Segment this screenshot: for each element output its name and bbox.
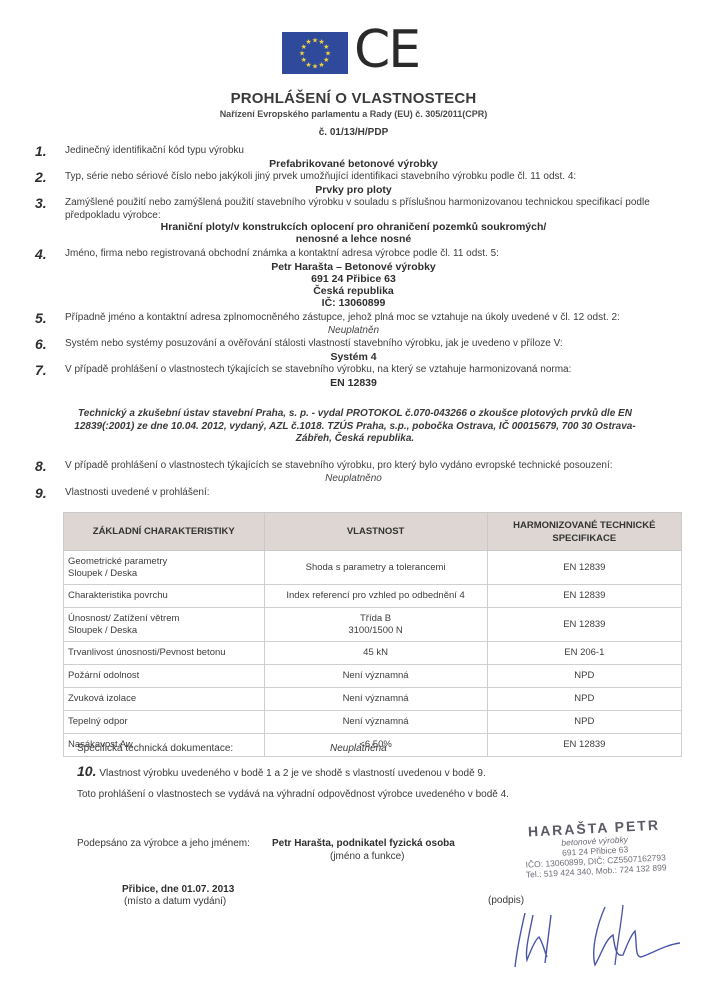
item-6-value: Systém 4	[0, 351, 707, 363]
item-number: 3.	[35, 195, 47, 211]
cell-spec: EN 12839	[487, 551, 681, 585]
item-text: V případě prohlášení o vlastnostech týka…	[65, 364, 625, 377]
table-row: Zvuková izolaceNení významnáNPD	[64, 688, 682, 711]
ce-mark-icon: CE	[354, 20, 419, 80]
table-row: Únosnost/ Zatížení větrem Sloupek / Desk…	[64, 608, 682, 642]
signatory-name: Petr Harašta, podnikatel fyzická osoba	[272, 838, 455, 849]
header-characteristics: ZÁKLADNÍ CHARAKTERISTIKY	[64, 513, 265, 551]
svg-text:★: ★	[318, 61, 324, 69]
svg-text:★: ★	[312, 37, 318, 45]
eu-flag-icon: ★★★★★★★★★★★★	[282, 32, 348, 74]
item-7-value: EN 12839	[0, 377, 707, 389]
item-text: Zamýšlené použití nebo zamýšlená použití…	[65, 197, 665, 222]
item-1-value: Prefabrikované betonové výrobky	[0, 158, 707, 170]
header-property: VLASTNOST	[264, 513, 487, 551]
cell-spec: EN 12839	[487, 608, 681, 642]
item-text: Vlastnost výrobku uvedeného v bodě 1 a 2…	[99, 768, 485, 779]
item-number: 5.	[35, 310, 47, 326]
table-header-row: ZÁKLADNÍ CHARAKTERISTIKY VLASTNOST HARMO…	[64, 513, 682, 551]
properties-table: ZÁKLADNÍ CHARAKTERISTIKY VLASTNOST HARMO…	[63, 512, 682, 757]
cell-characteristic: Geometrické parametry Sloupek / Deska	[64, 551, 265, 585]
item-text: Jméno, firma nebo registrovaná obchodní …	[65, 248, 665, 261]
cell-property: Shoda s parametry a tolerancemi	[264, 551, 487, 585]
item-number: 1.	[35, 143, 47, 159]
table-row: Tepelný odporNení významnáNPD	[64, 711, 682, 734]
cell-property: Třída B 3100/1500 N	[264, 608, 487, 642]
handwritten-signature	[505, 895, 705, 975]
item-8-value: Neuplatněno	[0, 473, 707, 484]
cell-characteristic: Tepelný odpor	[64, 711, 265, 734]
table-row: Geometrické parametry Sloupek / DeskaSho…	[64, 551, 682, 585]
manufacturer-address: 691 24 Přibice 63	[0, 273, 707, 285]
item-3-value-line-2: nenosné a lehce nosné	[0, 233, 707, 245]
header-specifications: HARMONIZOVANÉ TECHNICKÉ SPECIFIKACE	[487, 513, 681, 551]
svg-text:★: ★	[305, 38, 311, 46]
cell-characteristic: Trvanlivost únosnosti/Pevnost betonu	[64, 642, 265, 665]
item-text: Vlastnosti uvedené v prohlášení:	[65, 487, 665, 500]
document-number: č. 01/13/H/PDP	[0, 127, 707, 138]
item-number: 2.	[35, 169, 47, 185]
item-number: 6.	[35, 336, 47, 352]
signed-label: Podepsáno za výrobce a jeho jménem:	[77, 838, 250, 849]
manufacturer-ico: IČ: 13060899	[0, 297, 707, 309]
item-3-value-line-1: Hraniční ploty/v konstrukcích oplocení p…	[0, 221, 707, 233]
regulation-subtitle: Nařízení Evropského parlamentu a Rady (E…	[0, 109, 707, 119]
specific-doc-value: Neuplatněna	[330, 743, 387, 754]
table-row: Charakteristika povrchuIndex referencí p…	[64, 585, 682, 608]
item-10: 10. Vlastnost výrobku uvedeného v bodě 1…	[77, 763, 697, 779]
item-text: Typ, série nebo sériové číslo nebo jakýk…	[65, 171, 625, 184]
manufacturer-name: Petr Harašta – Betonové výrobky	[0, 261, 707, 273]
company-stamp: HARAŠTA PETR betonové výrobky 691 24 Při…	[489, 815, 702, 882]
page-title: PROHLÁŠENÍ O VLASTNOSTECH	[0, 90, 707, 107]
item-text: Případně jméno a kontaktní adresa zplnom…	[65, 312, 665, 325]
cell-characteristic: Charakteristika povrchu	[64, 585, 265, 608]
table-row: Požární odolnostNení významnáNPD	[64, 665, 682, 688]
cell-spec: NPD	[487, 711, 681, 734]
cell-spec: NPD	[487, 665, 681, 688]
cell-characteristic: Zvuková izolace	[64, 688, 265, 711]
svg-text:★: ★	[312, 63, 318, 71]
item-2-value: Prvky pro ploty	[0, 184, 707, 196]
cell-property: Není významná	[264, 665, 487, 688]
cell-characteristic: Únosnost/ Zatížení větrem Sloupek / Desk…	[64, 608, 265, 642]
item-5-value: Neuplatněn	[0, 325, 707, 336]
test-protocol-note: Technický a zkušební ústav stavební Prah…	[60, 408, 650, 446]
cell-spec: EN 12839	[487, 734, 681, 757]
manufacturer-country: Česká republika	[0, 285, 707, 297]
item-text: Jedinečný identifikační kód typu výrobku	[65, 145, 665, 158]
cell-characteristic: Požární odolnost	[64, 665, 265, 688]
cell-spec: EN 12839	[487, 585, 681, 608]
cell-property: 45 kN	[264, 642, 487, 665]
place-date-caption: (místo a datum vydání)	[124, 896, 226, 907]
table-row: Trvanlivost únosnosti/Pevnost betonu45 k…	[64, 642, 682, 665]
item-number: 10.	[77, 763, 96, 779]
cell-property: Index referencí pro vzhled po odbednění …	[264, 585, 487, 608]
logo-group: ★★★★★★★★★★★★ CE	[282, 30, 432, 74]
cell-spec: EN 206-1	[487, 642, 681, 665]
item-number: 4.	[35, 246, 47, 262]
cell-property: Není významná	[264, 711, 487, 734]
item-text: Systém nebo systémy posuzování a ověřová…	[65, 338, 665, 351]
responsibility-statement: Toto prohlášení o vlastnostech se vydává…	[77, 789, 509, 800]
item-text: V případě prohlášení o vlastnostech týka…	[65, 460, 665, 473]
cell-property: Není významná	[264, 688, 487, 711]
item-number: 7.	[35, 362, 47, 378]
place-date: Přibice, dne 01.07. 2013	[122, 884, 234, 895]
item-number: 8.	[35, 458, 47, 474]
signatory-caption: (jméno a funkce)	[330, 851, 404, 862]
cell-spec: NPD	[487, 688, 681, 711]
item-number: 9.	[35, 485, 47, 501]
specific-doc-label: Specifická technická dokumentace:	[77, 743, 233, 754]
